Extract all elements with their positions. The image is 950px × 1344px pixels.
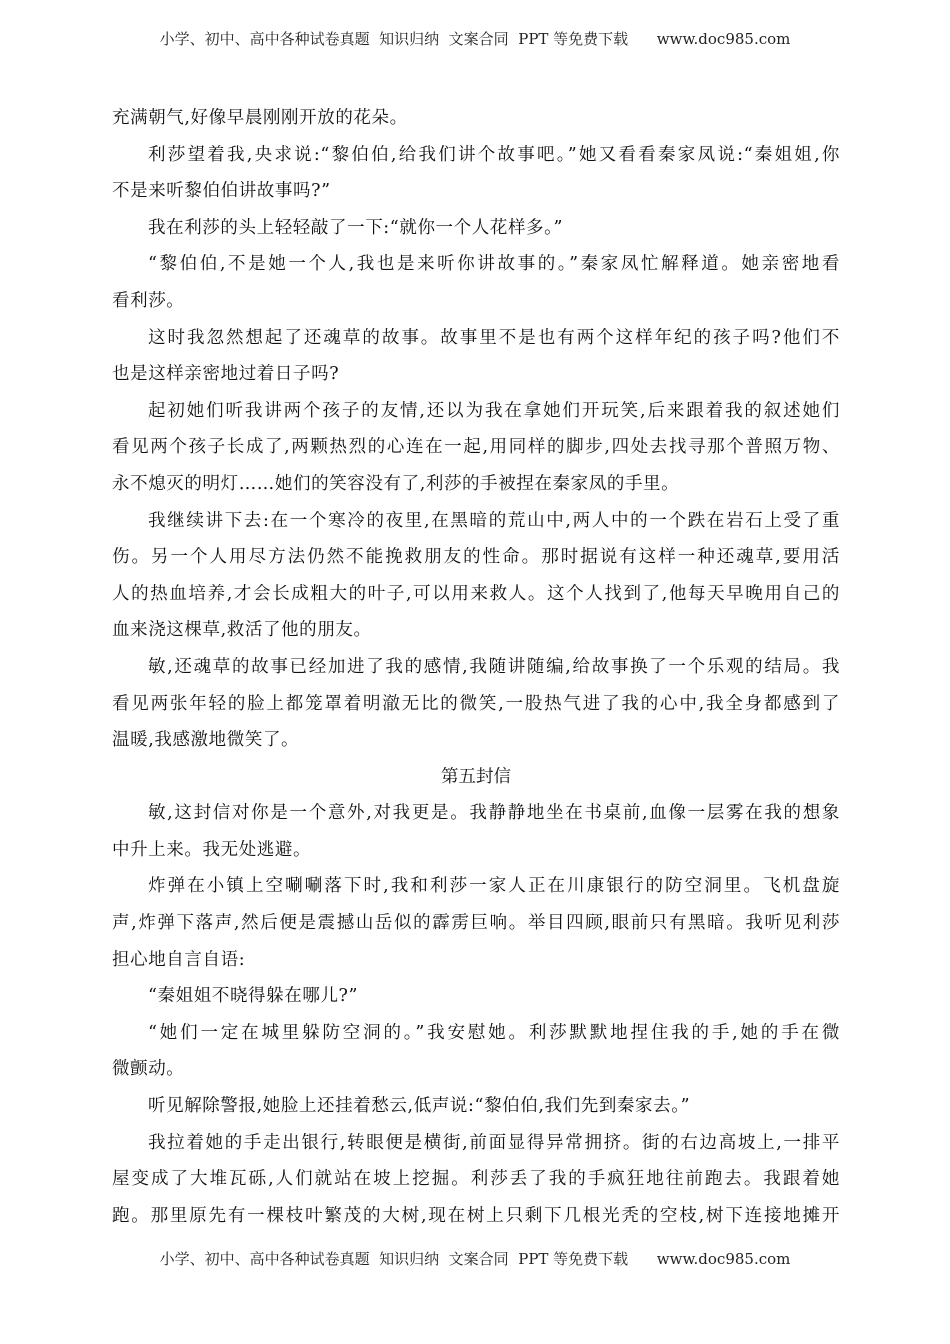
page-footer-watermark: 小学、初中、高中各种试卷真题 知识归纳 文案合同 PPT 等免费下载 www.d… xyxy=(0,1248,950,1269)
text-line: 也是这样亲密地过着日子吗? xyxy=(112,356,840,393)
text-line: “秦姐姐不晓得躲在哪儿?” xyxy=(112,978,840,1015)
page-header-watermark: 小学、初中、高中各种试卷真题 知识归纳 文案合同 PPT 等免费下载 www.d… xyxy=(0,28,950,49)
text-line: 我在利莎的头上轻轻敲了一下:“就你一个人花样多。” xyxy=(112,210,840,247)
text-line: 担心地自言自语: xyxy=(112,942,840,979)
text-line: 跑。那里原先有一棵枝叶繁茂的大树,现在树上只剩下几根光秃的空枝,树下连接地摊开 xyxy=(112,1198,840,1235)
text-line: 血来浇这棵草,救活了他的朋友。 xyxy=(112,612,840,649)
text-line: 微颤动。 xyxy=(112,1051,840,1088)
section-heading: 第五封信 xyxy=(112,759,840,796)
text-line: 充满朝气,好像早晨刚刚开放的花朵。 xyxy=(112,100,840,137)
text-line: 人的热血培养,才会长成粗大的叶子,可以用来救人。这个人找到了,他每天早晚用自己的 xyxy=(112,576,840,613)
text-line: 听见解除警报,她脸上还挂着愁云,低声说:“黎伯伯,我们先到秦家去。” xyxy=(112,1088,840,1125)
text-line: 看利莎。 xyxy=(112,283,840,320)
text-line: 敏,还魂草的故事已经加进了我的感情,我随讲随编,给故事换了一个乐观的结局。我 xyxy=(112,649,840,686)
text-line: 声,炸弹下落声,然后便是震撼山岳似的霹雳巨响。举目四顾,眼前只有黑暗。我听见利莎 xyxy=(112,905,840,942)
text-line: 看见两张年轻的脸上都笼罩着明澈无比的微笑,一股热气进了我的心中,我全身都感到了 xyxy=(112,686,840,723)
text-line: 这时我忽然想起了还魂草的故事。故事里不是也有两个这样年纪的孩子吗?他们不 xyxy=(112,320,840,357)
text-line: 永不熄灭的明灯……她们的笑容没有了,利莎的手被捏在秦家凤的手里。 xyxy=(112,466,840,503)
text-line: 温暖,我感激地微笑了。 xyxy=(112,722,840,759)
text-line: 屋变成了大堆瓦砾,人们就站在坡上挖掘。利莎丢了我的手疯狂地往前跑去。我跟着她 xyxy=(112,1161,840,1198)
text-line: 敏,这封信对你是一个意外,对我更是。我静静地坐在书桌前,血像一层雾在我的想象 xyxy=(112,795,840,832)
text-line: 利莎望着我,央求说:“黎伯伯,给我们讲个故事吧。”她又看看秦家凤说:“秦姐姐,你 xyxy=(112,137,840,174)
text-line: 我拉着她的手走出银行,转眼便是横街,前面显得异常拥挤。街的右边高坡上,一排平 xyxy=(112,1125,840,1162)
text-line: 我继续讲下去:在一个寒冷的夜里,在黑暗的荒山中,两人中的一个跌在岩石上受了重 xyxy=(112,503,840,540)
text-line: 不是来听黎伯伯讲故事吗?” xyxy=(112,173,840,210)
text-line: “她们一定在城里躲防空洞的。”我安慰她。利莎默默地捏住我的手,她的手在微 xyxy=(112,1015,840,1052)
text-line: 起初她们听我讲两个孩子的友情,还以为我在拿她们开玩笑,后来跟着我的叙述她们 xyxy=(112,393,840,430)
text-line: 中升上来。我无处逃避。 xyxy=(112,832,840,869)
text-line: 看见两个孩子长成了,两颗热烈的心连在一起,用同样的脚步,四处去找寻那个普照万物、 xyxy=(112,429,840,466)
document-body: 充满朝气,好像早晨刚刚开放的花朵。利莎望着我,央求说:“黎伯伯,给我们讲个故事吧… xyxy=(112,100,840,1234)
text-line: “黎伯伯,不是她一个人,我也是来听你讲故事的。”秦家凤忙解释道。她亲密地看 xyxy=(112,246,840,283)
text-line: 炸弹在小镇上空唰唰落下时,我和利莎一家人正在川康银行的防空洞里。飞机盘旋 xyxy=(112,868,840,905)
text-line: 伤。另一个人用尽方法仍然不能挽救朋友的性命。那时据说有这样一种还魂草,要用活 xyxy=(112,539,840,576)
